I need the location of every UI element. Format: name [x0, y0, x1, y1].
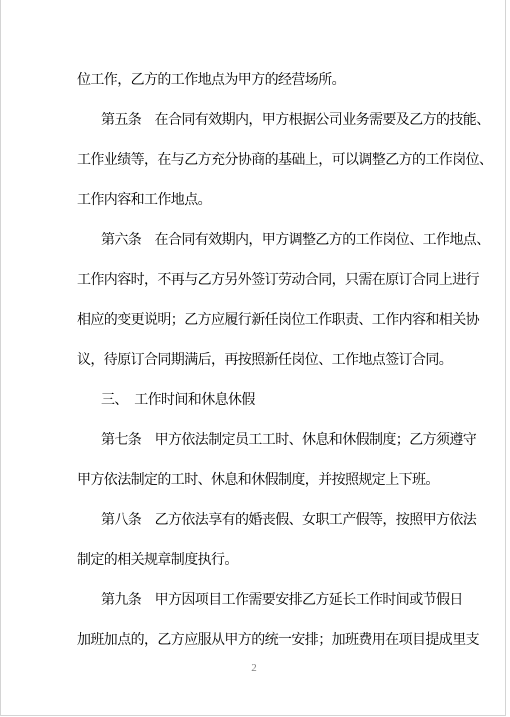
text-line: 第九条 甲方因项目工作需要安排乙方延长工作时间或节假日	[77, 581, 487, 621]
text-line: 第七条 甲方依法制定员工工时、休息和休假制度；乙方须遵守	[77, 421, 487, 461]
text-line: 相应的变更说明；乙方应履行新任岗位工作职责、工作内容和相关协	[77, 301, 487, 341]
text-line: 加班加点的，乙方应服从甲方的统一安排；加班费用在项目提成里支	[77, 621, 487, 661]
page-number: 2	[1, 660, 507, 676]
text-line: 工作内容时，不再与乙方另外签订劳动合同，只需在原订合同上进行	[77, 261, 487, 301]
text-line: 工作内容和工作地点。	[77, 181, 487, 221]
text-line: 甲方依法制定的工时、休息和休假制度，并按照规定上下班。	[77, 461, 487, 501]
text-line: 第五条 在合同有效期内，甲方根据公司业务需要及乙方的技能、	[77, 101, 487, 141]
text-line: 位工作，乙方的工作地点为甲方的经营场所。	[77, 61, 487, 101]
document-text-body: 位工作，乙方的工作地点为甲方的经营场所。第五条 在合同有效期内，甲方根据公司业务…	[77, 61, 487, 661]
text-line: 工作业绩等，在与乙方充分协商的基础上，可以调整乙方的工作岗位、	[77, 141, 487, 181]
text-line: 第八条 乙方依法享有的婚丧假、女职工产假等，按照甲方依法	[77, 501, 487, 541]
text-line: 议，待原订合同期满后，再按照新任岗位、工作地点签订合同。	[77, 341, 487, 381]
text-line: 第六条 在合同有效期内，甲方调整乙方的工作岗位、工作地点、	[77, 221, 487, 261]
text-line: 三、 工作时间和休息休假	[77, 381, 487, 421]
text-line: 制定的相关规章制度执行。	[77, 541, 487, 581]
document-page: 位工作，乙方的工作地点为甲方的经营场所。第五条 在合同有效期内，甲方根据公司业务…	[0, 0, 506, 716]
